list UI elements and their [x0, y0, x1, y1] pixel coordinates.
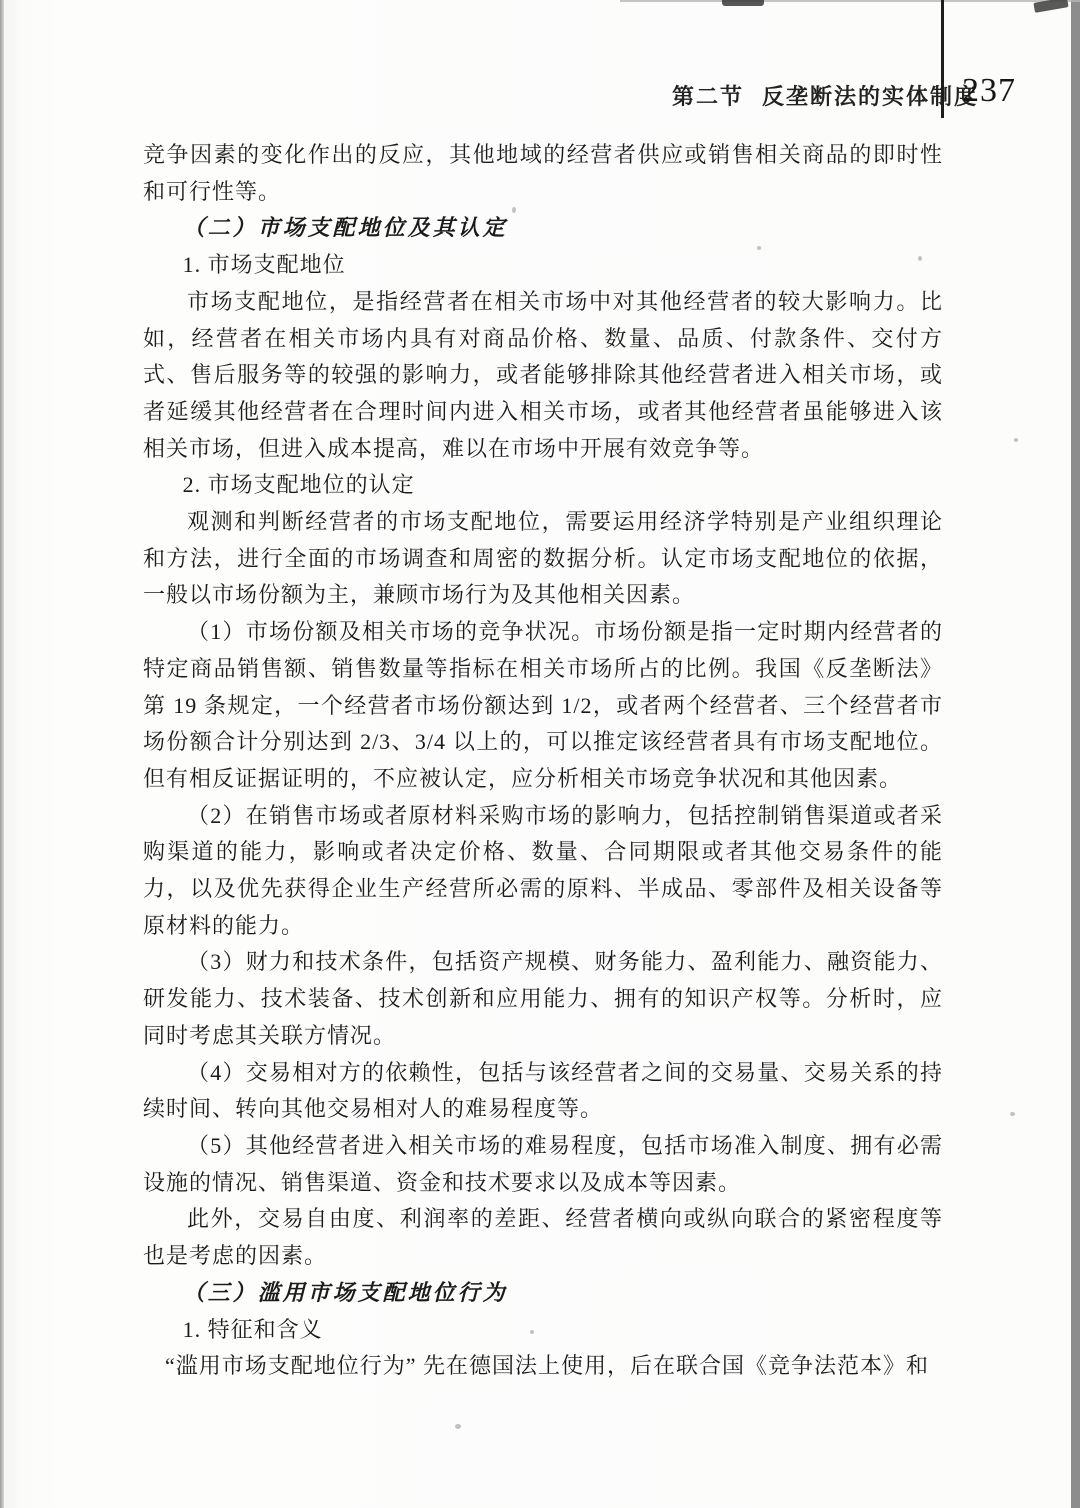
numbered-heading: 1. 市场支配地位	[143, 247, 943, 284]
paragraph: （1）市场份额及相关市场的竞争状况。市场份额是指一定时期内经营者的特定商品销售额…	[143, 614, 943, 798]
section-label: 第二节	[672, 84, 744, 109]
paragraph: “滥用市场支配地位行为” 先在德国法上使用，后在联合国《竞争法范本》和	[143, 1348, 943, 1385]
paragraph: 观测和判断经营者的市场支配地位，需要运用经济学特别是产业组织理论和方法，进行全面…	[143, 504, 943, 614]
numbered-heading: 2. 市场支配地位的认定	[143, 467, 943, 504]
book-page: 第二节反垄断法的实体制度 237 竞争因素的变化作出的反应，其他地域的经营者供应…	[0, 0, 1080, 1508]
paragraph: 此外，交易自由度、利润率的差距、经营者横向或纵向联合的紧密程度等也是考虑的因素。	[143, 1201, 943, 1274]
page-body-text: 竞争因素的变化作出的反应，其他地域的经营者供应或销售相关商品的即时性和可行性等。…	[143, 137, 943, 1385]
scan-artifact	[1033, 0, 1068, 13]
scan-left-edge	[0, 0, 4, 1508]
paragraph: （3）财力和技术条件，包括资产规模、财务能力、盈利能力、融资能力、研发能力、技术…	[143, 944, 943, 1054]
scan-speck	[455, 1424, 461, 1429]
scan-artifact	[722, 0, 764, 6]
header-divider-rule	[941, 0, 944, 118]
paragraph-continuation: 竞争因素的变化作出的反应，其他地域的经营者供应或销售相关商品的即时性和可行性等。	[143, 137, 943, 210]
paragraph: （2）在销售市场或者原材料采购市场的影响力，包括控制销售渠道或者采购渠道的能力，…	[143, 798, 943, 945]
scan-right-edge-strip	[1071, 0, 1080, 1508]
paragraph: 市场支配地位，是指经营者在相关市场中对其他经营者的较大影响力。比如，经营者在相关…	[143, 284, 943, 468]
scan-speck	[1010, 1112, 1015, 1116]
subsection-heading: （二）市场支配地位及其认定	[143, 210, 943, 247]
paragraph: （5）其他经营者进入相关市场的难易程度，包括市场准入制度、拥有必需设施的情况、销…	[143, 1128, 943, 1201]
subsection-heading: （三）滥用市场支配地位行为	[143, 1275, 943, 1312]
page-number: 237	[962, 72, 1016, 110]
running-header: 第二节反垄断法的实体制度	[672, 80, 978, 111]
scan-speck	[1014, 438, 1018, 442]
numbered-heading: 1. 特征和含义	[143, 1312, 943, 1349]
scan-artifact	[620, 0, 1080, 2]
paragraph: （4）交易相对方的依赖性，包括与该经营者之间的交易量、交易关系的持续时间、转向其…	[143, 1055, 943, 1128]
section-title: 反垄断法的实体制度	[762, 84, 978, 109]
